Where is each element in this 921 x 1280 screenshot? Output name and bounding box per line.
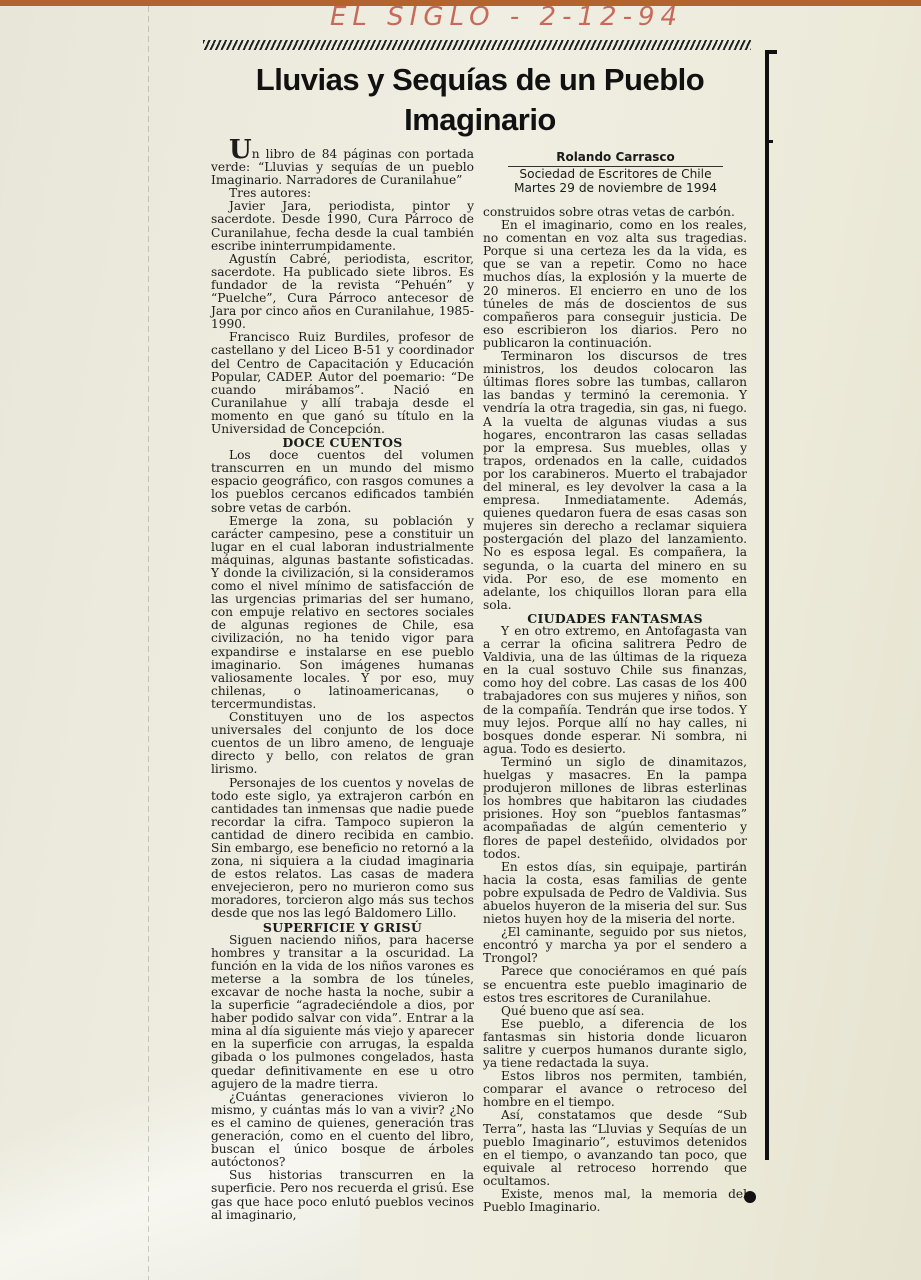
body-paragraph: Personajes de los cuentos y novelas de t… (211, 777, 474, 921)
article-column-left: Un libro de 84 páginas con portada verde… (211, 140, 474, 1222)
body-paragraph: Emerge la zona, su población y carácter … (211, 515, 474, 711)
body-paragraph: En el imaginario, como en los reales, no… (483, 219, 747, 350)
body-paragraph: Terminaron los discursos de tres ministr… (483, 350, 747, 612)
intro-paragraph: Un libro de 84 páginas con portada verde… (211, 140, 474, 187)
body-paragraph: Terminó un siglo de dinamitazos, huelgas… (483, 756, 747, 861)
column-bracket-rule (765, 50, 769, 1160)
byline-date: Martes 29 de noviembre de 1994 (508, 181, 723, 195)
body-paragraph: ¿El caminante, seguido por sus nietos, e… (483, 926, 747, 965)
paper-fold-line (148, 6, 149, 1280)
body-paragraph: Y en otro extremo, en Antofagasta van a … (483, 625, 747, 756)
body-paragraph: Sus historias transcurren en la superfic… (211, 1169, 474, 1221)
section-heading-superficie-y-grisu: SUPERFICIE Y GRISÚ (211, 921, 474, 934)
intro-paragraph: Francisco Ruiz Burdiles, profesor de cas… (211, 331, 474, 436)
hatched-rule-divider (203, 40, 751, 50)
body-paragraph: ¿Cuántas generaciones vivieron lo mismo,… (211, 1091, 474, 1170)
body-paragraph: Así, constatamos que desde “Sub Terra”, … (483, 1109, 747, 1188)
intro-paragraph: Agustín Cabré, periodista, escritor, sac… (211, 253, 474, 332)
article-title: Lluvias y Sequías de un Pueblo Imaginari… (200, 60, 760, 140)
body-paragraph: Los doce cuentos del volumen transcurren… (211, 449, 474, 514)
body-paragraph: Ese pueblo, a diferencia de los fantasma… (483, 1018, 747, 1070)
body-paragraph: Qué bueno que así sea. (483, 1005, 747, 1018)
intro-paragraph: Javier Jara, periodista, pintor y sacerd… (211, 200, 474, 252)
body-paragraph: Siguen naciendo niños, para hacerse homb… (211, 934, 474, 1091)
body-paragraph: Parece que conociéramos en qué país se e… (483, 965, 747, 1004)
end-of-article-dot-icon (744, 1191, 756, 1203)
byline-organization: Sociedad de Escritores de Chile (508, 167, 723, 181)
body-paragraph: Constituyen uno de los aspectos universa… (211, 711, 474, 776)
article-column-right: construidos sobre otras vetas de carbón.… (483, 206, 747, 1214)
byline-author: Rolando Carrasco (508, 150, 723, 167)
byline: Rolando Carrasco Sociedad de Escritores … (508, 150, 723, 195)
body-paragraph: Estos libros nos permiten, también, comp… (483, 1070, 747, 1109)
handwritten-date-note: EL SIGLO - 2-12-94 (330, 2, 683, 32)
body-paragraph: En estos días, sin equipaje, partirán ha… (483, 861, 747, 926)
body-paragraph: Existe, menos mal, la memoria del Pueblo… (483, 1188, 747, 1214)
